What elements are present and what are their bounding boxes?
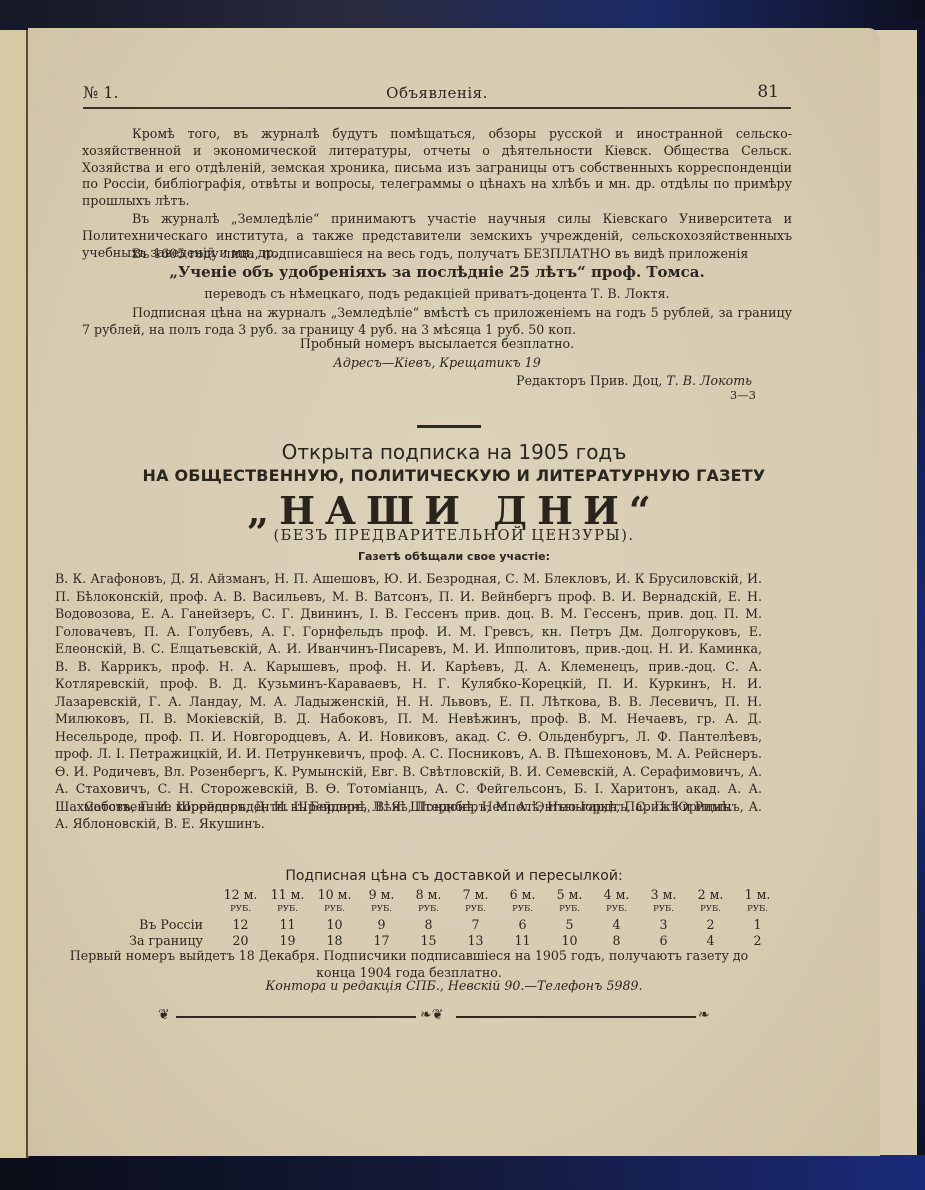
newspaper-title: „НАШИ ДНИ“	[28, 488, 880, 533]
fleuron-left-icon: ❦	[158, 1008, 170, 1022]
zemledelie-para-3: Въ 1605 году лица, подписавшіеся на весь…	[82, 246, 792, 263]
zemledelie-price: Подписная цѣна на журналъ „Земледѣліе“ в…	[82, 305, 792, 339]
section-title: Объявленія.	[83, 84, 791, 102]
correspondents-note: Собственные корреспонденты въ Берлинѣ, В…	[55, 798, 762, 816]
table-row: За границу 20 19 18 17 15 13 11 10 8 6 4…	[85, 932, 781, 948]
price-table: 12 м. 11 м. 10 м. 9 м. 8 м. 7 м. 6 м. 5 …	[85, 886, 781, 948]
units-row: РУБ. РУБ. РУБ. РУБ. РУБ. РУБ. РУБ. РУБ. …	[85, 902, 781, 916]
sample-note: Пробный номеръ высылается безплатно.	[82, 336, 792, 353]
fleuron-center-icon: ❧❦	[420, 1008, 443, 1022]
editor-name: Т. В. Локоть	[666, 373, 752, 388]
section-divider	[417, 425, 481, 428]
price-table-heading: Подписная цѣна съ доставкой и пересылкой…	[28, 868, 880, 884]
running-header: № 1. Объявленія. 81	[83, 81, 791, 109]
table-row: Въ Россіи 12 11 10 9 8 7 6 5 4 3 2 1	[85, 916, 781, 932]
first-issue-note: Первый номеръ выйдетъ 18 Декабря. Подпис…	[55, 947, 763, 981]
subscription-open-heading: Открыта подписка на 1905 годъ	[28, 440, 880, 464]
months-row: 12 м. 11 м. 10 м. 9 м. 8 м. 7 м. 6 м. 5 …	[85, 886, 781, 902]
contributors-list: В. К. Агафоновъ, Д. Я. Айзманъ, Н. П. Аш…	[55, 570, 762, 833]
book-cover-top	[0, 0, 925, 30]
translation-note: переводъ съ нѣмецкаго, подъ редакціей пр…	[82, 286, 792, 303]
censorship-note: (БЕЗЪ ПРЕДВАРИТЕЛЬНОЙ ЦЕНЗУРЫ).	[28, 528, 880, 544]
ornamental-rule: ❦ ❧❦ ❧	[158, 1010, 618, 1024]
book-cover-bottom	[0, 1155, 925, 1190]
fleuron-right-icon: ❧	[698, 1008, 710, 1022]
insertion-mark: 3—3	[82, 387, 756, 404]
contributors-heading: Газетѣ обѣщали свое участіе:	[28, 550, 880, 563]
previous-page-edge	[0, 30, 29, 1158]
zemledelie-para-1: Кромѣ того, въ журналѣ будутъ помѣщаться…	[82, 126, 792, 210]
supplement-title: „Ученіе объ удобреніяхъ за послѣдніе 25 …	[82, 264, 792, 281]
newspaper-type: НА ОБЩЕСТВЕННУЮ, ПОЛИТИЧЕСКУЮ И ЛИТЕРАТУ…	[28, 466, 880, 485]
page-number: 81	[757, 82, 779, 102]
office-address: Контора и редакція СПБ., Невскій 90.—Тел…	[28, 978, 880, 993]
zemledelie-address: Адресъ—Кіевъ, Крещатикъ 19	[82, 355, 792, 372]
